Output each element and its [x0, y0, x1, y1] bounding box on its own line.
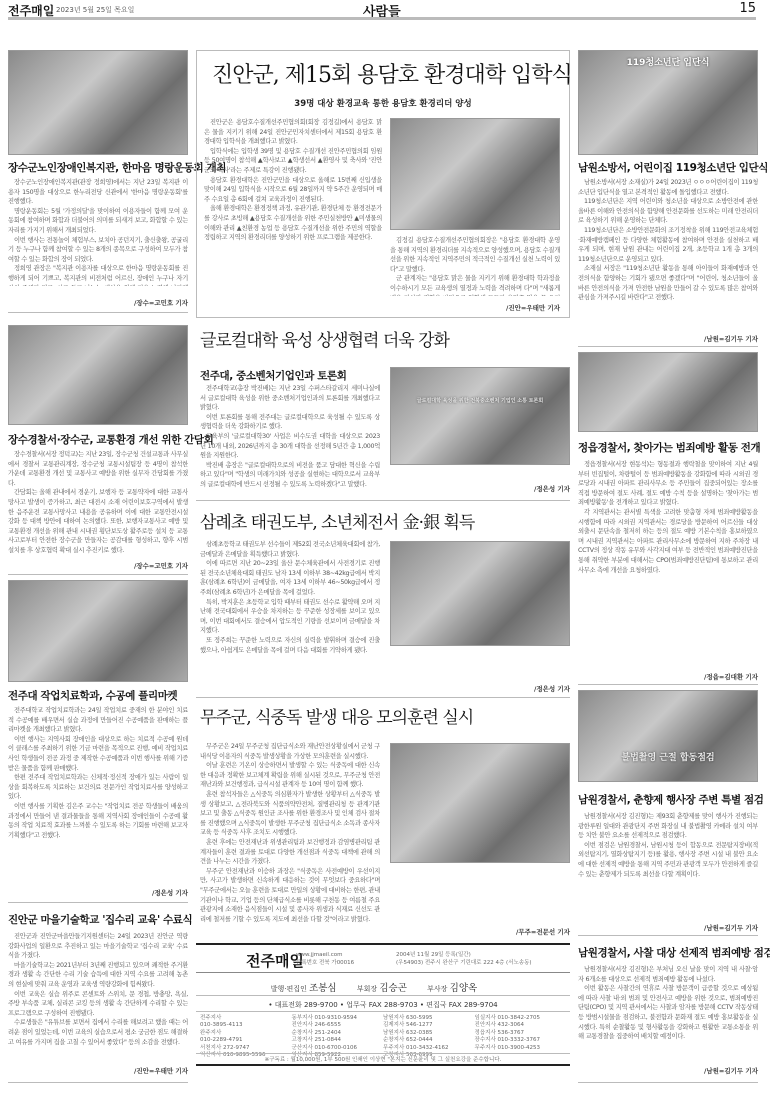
byline: /정읍=김대환 기자: [578, 672, 758, 681]
article-body: 장수군노인장애인복지관(관장 정희영)에서는 지난 23일 복지관 이용자 15…: [8, 178, 188, 286]
article-body-continued: 김정길 용담호수질개선주민협의회장은 "용담호 환경대학 운영을 통해 지역의 …: [390, 236, 560, 296]
divider: [196, 1053, 570, 1054]
byline: /남원=김기두 기자: [578, 334, 758, 343]
divider: [196, 500, 570, 501]
divider: [8, 312, 188, 313]
address: (우54903) 전주시 완산구 기린대로 222 4층 (서노송동): [396, 959, 532, 967]
divider: [196, 995, 570, 996]
byline: /장수=고민호 기자: [8, 561, 188, 570]
divider: [8, 902, 188, 903]
byline: /정은성 기자: [390, 684, 570, 693]
header-rule: [8, 17, 756, 20]
photo-environment-college: [390, 118, 560, 230]
photo-forum: 글로컬대학 육성을 위한 전북중소벤처 기업인 소통 토론회: [390, 367, 570, 465]
divider-thick: [196, 1064, 570, 1066]
photo-food-poisoning-drill: [390, 743, 570, 863]
photo-taekwondo-podium: [390, 541, 570, 646]
top-headline: 진안군, 제15회 용담호 환경대학 입학식 개최: [212, 58, 618, 89]
headline: 무주군, 식중독 발생 대응 모의훈련 실시: [200, 703, 473, 728]
article-body: 삼례초등학교 태권도부 선수들이 제52회 전국소년체육대회에 참가, 금메달과…: [200, 540, 380, 675]
divider: [8, 574, 188, 575]
byline: /정은성 기자: [390, 484, 570, 493]
article-body: 장수경찰서(서장 정덕교)는 지난 23일, 장수군청 건설교통과 사무실에서 …: [8, 450, 188, 560]
divider: [578, 346, 758, 347]
article-body: 전주대학교 작업치료학과는 24일 작업치료 중재의 한 분야인 치료적 수공예…: [8, 706, 188, 881]
byline: /정은성 기자: [8, 888, 188, 897]
article-body: 전주대학교(총장 박진배)는 지난 23일 수퍼스타갈리지 세미나실에서 글로컬…: [200, 384, 380, 489]
article-body: 남원경찰서(서장 김진형)는 제93회 춘향제를 맞이 행사가 진행되는 광한루…: [578, 812, 758, 915]
article-body: 남원소방서(서장 소재실)가 24일 2023년 ㅇㅇㅇ어린이집이 119청소년…: [578, 178, 758, 330]
article-body: 진안군과 진안군마을만들기지원센터는 24일 2023년 진안군 역량강화사업의…: [8, 932, 188, 1067]
byline: /진안=우태만 기자: [390, 303, 560, 312]
headline: 장수군노인장애인복지관, 한마음 명랑운동회 개최: [8, 160, 226, 175]
photo-flea-market: [8, 580, 188, 682]
divider: [8, 1082, 188, 1083]
headline: 남원경찰서, 사찰 대상 선제적 범죄예방 점검: [578, 945, 770, 960]
headline: 진안군 마을기술학교 '집수리 교육' 수료식: [8, 912, 192, 927]
photo-jangsu-sports-day: [8, 50, 188, 155]
page-number: 15: [739, 1, 756, 16]
divider: [196, 1011, 570, 1012]
byline: /진안=우태만 기자: [8, 1066, 188, 1075]
photo-camera-inspection: 불법촬영 근절 합동점검: [578, 690, 758, 782]
sub-headline: 전주대, 중소벤처기업인과 토론회: [200, 368, 347, 383]
photo-119-youth: 119청소년단 입단식: [578, 50, 758, 155]
subscription-info: ※구독료 : 월10,000원, 1부 500원 인쇄인 이상현 "본지는 신문…: [196, 1055, 570, 1063]
issue-date: 2023년 5월 25일 목요일: [56, 5, 134, 15]
byline: /남원=김기두 기자: [578, 923, 758, 932]
phone-numbers: • 대표전화 289-9700 • 업무국 FAX 288-9703 • 편집국…: [196, 1000, 570, 1010]
website-link[interactable]: www.jjmaeil.com: [296, 951, 354, 959]
article-body: 정읍경찰서(서장 현동석)는 형동절과 행락철을 맞이하여 지난 4월부터 빈집…: [578, 460, 758, 722]
divider: [578, 935, 758, 936]
staff-line: 발행·편집인 조봉심 부회장 김승곤 부사장 김양옥: [196, 980, 570, 994]
headline: 장수경찰서·장수군, 교통환경 개선 위한 간담회: [8, 432, 213, 447]
masthead: 전주매일 www.jjmaeil.com 등록번호 전북 가00016 2004…: [196, 945, 570, 1080]
byline: /장수=고민호 기자: [8, 298, 188, 307]
divider: [196, 697, 570, 698]
registration: 등록번호 전북 가00016: [296, 959, 354, 967]
divider: [578, 1082, 758, 1083]
headline: 정읍경찰서, 찾아가는 범죄예방 활동 전개: [578, 440, 760, 455]
photo-jeongeup-police: [578, 352, 758, 432]
byline: /남원=김기두 기자: [578, 1066, 758, 1075]
headline: 남원경찰서, 춘향제 행사장 주변 특별 점검: [578, 792, 764, 807]
founded-date: 2004년 11월 29일 등록(일간): [396, 951, 532, 959]
article-body: 남원경찰서(서장 김진형)은 부처님 오신 날을 맞이 지역 내 사찰·암자 6…: [578, 965, 758, 1065]
top-subheadline: 39명 대상 환경교육 통한 용담호 환경리더 양성: [196, 97, 570, 109]
article-body: 진안군은 용담호수질개선주민협의회(회장 김정길)에서 용담호 맑은 물을 지키…: [204, 118, 382, 303]
byline: /무주=전문선 기자: [390, 927, 570, 936]
headline: 남원소방서, 어린이집 119청소년단 입단식: [578, 160, 768, 175]
photo-jangsu-police-meeting: [8, 325, 188, 425]
article-body: 무주군은 24일 무주군청 집단급식소와 재난안전상황실에서 군청 구내식당 이…: [200, 742, 380, 937]
page-header: 전주매일 2023년 5월 25일 목요일 사람들 15: [8, 0, 756, 18]
headline: 삼례초 태권도부, 소년체전서 金·銀 획득: [200, 508, 474, 533]
headline: 전주대 작업치료학과, 수공예 플리마켓: [8, 688, 177, 703]
divider: [196, 972, 570, 973]
headline: 글로컬대학 육성 상생협력 더욱 강화: [200, 326, 449, 351]
divider: [578, 684, 758, 685]
